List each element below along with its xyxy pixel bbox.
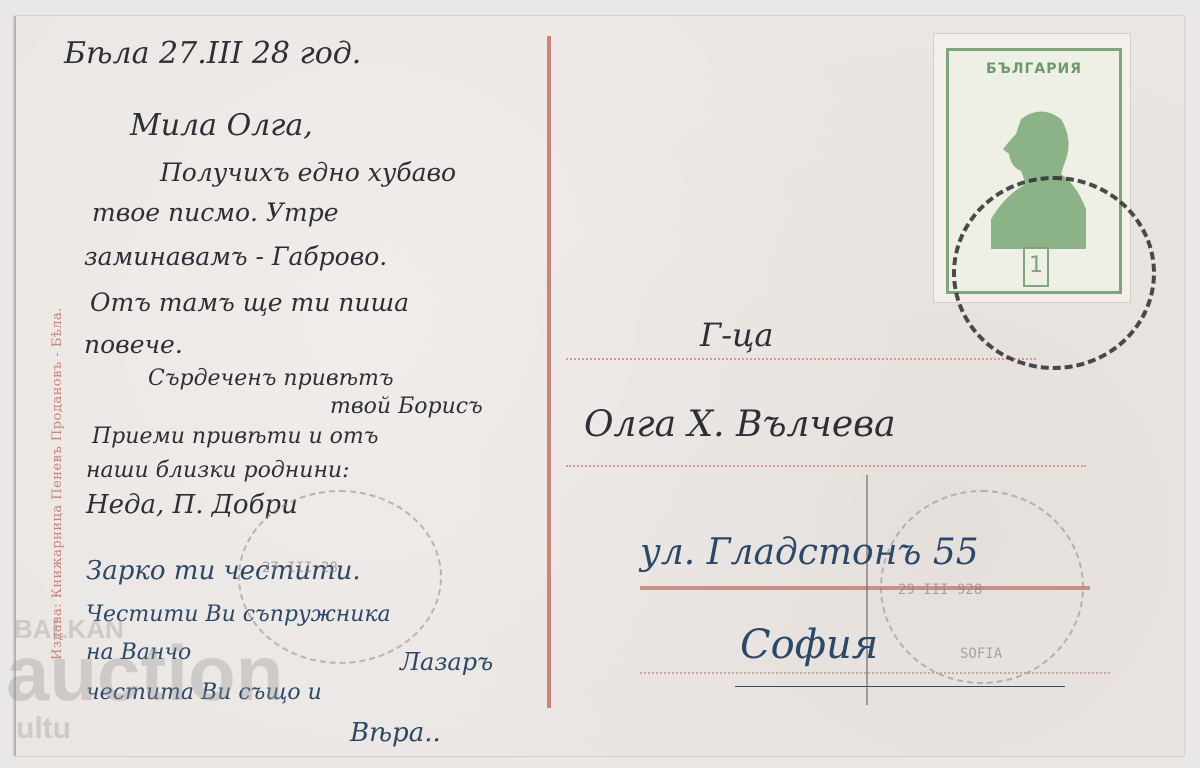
message-line: повече.	[84, 330, 183, 359]
publisher-imprint: Издава: Книжарница Пеневъ Продановъ - Бѣ…	[50, 140, 65, 660]
stamp-country: БЪЛГАРИЯ	[949, 61, 1119, 77]
message-line: Приеми привѣти и отъ	[92, 424, 378, 449]
message-date: Бѣла 27.III 28 год.	[64, 36, 361, 71]
message-line: Сърдеченъ привѣтъ	[148, 366, 394, 391]
center-divider	[547, 36, 551, 708]
message-line: твое писмо. Утре	[92, 198, 339, 227]
origin-postmark-date: 27 III 28	[262, 560, 338, 576]
message-signature: твой Борисъ	[330, 394, 483, 419]
destination-postmark-city: SOFIA	[960, 646, 1002, 662]
message-signature: Лазаръ	[400, 648, 493, 676]
destination-postmark-date: 29 III 928	[898, 582, 982, 598]
address-underline	[735, 686, 1065, 687]
message-line: Отъ тамъ ще ти пиша	[90, 288, 409, 317]
stamp-cancellation	[952, 176, 1156, 370]
watermark-ultu: ultu	[16, 712, 71, 746]
message-line: заминавамъ - Габрово.	[84, 242, 387, 271]
watermark-auction: auction	[6, 628, 283, 719]
message-line: Получихъ едно хубаво	[160, 158, 456, 187]
address-name: Олга Х. Вълчева	[584, 404, 896, 445]
address-rule	[566, 465, 1086, 467]
address-rule	[566, 358, 1036, 360]
address-vertical-rule	[866, 475, 868, 705]
message-greeting: Мила Олга,	[130, 108, 313, 143]
address-title: Г-ца	[700, 316, 773, 354]
message-signature: Вѣра..	[350, 718, 441, 748]
message-line: наши близки роднини:	[86, 458, 350, 483]
address-city: София	[740, 622, 878, 668]
address-rule	[640, 672, 1110, 674]
